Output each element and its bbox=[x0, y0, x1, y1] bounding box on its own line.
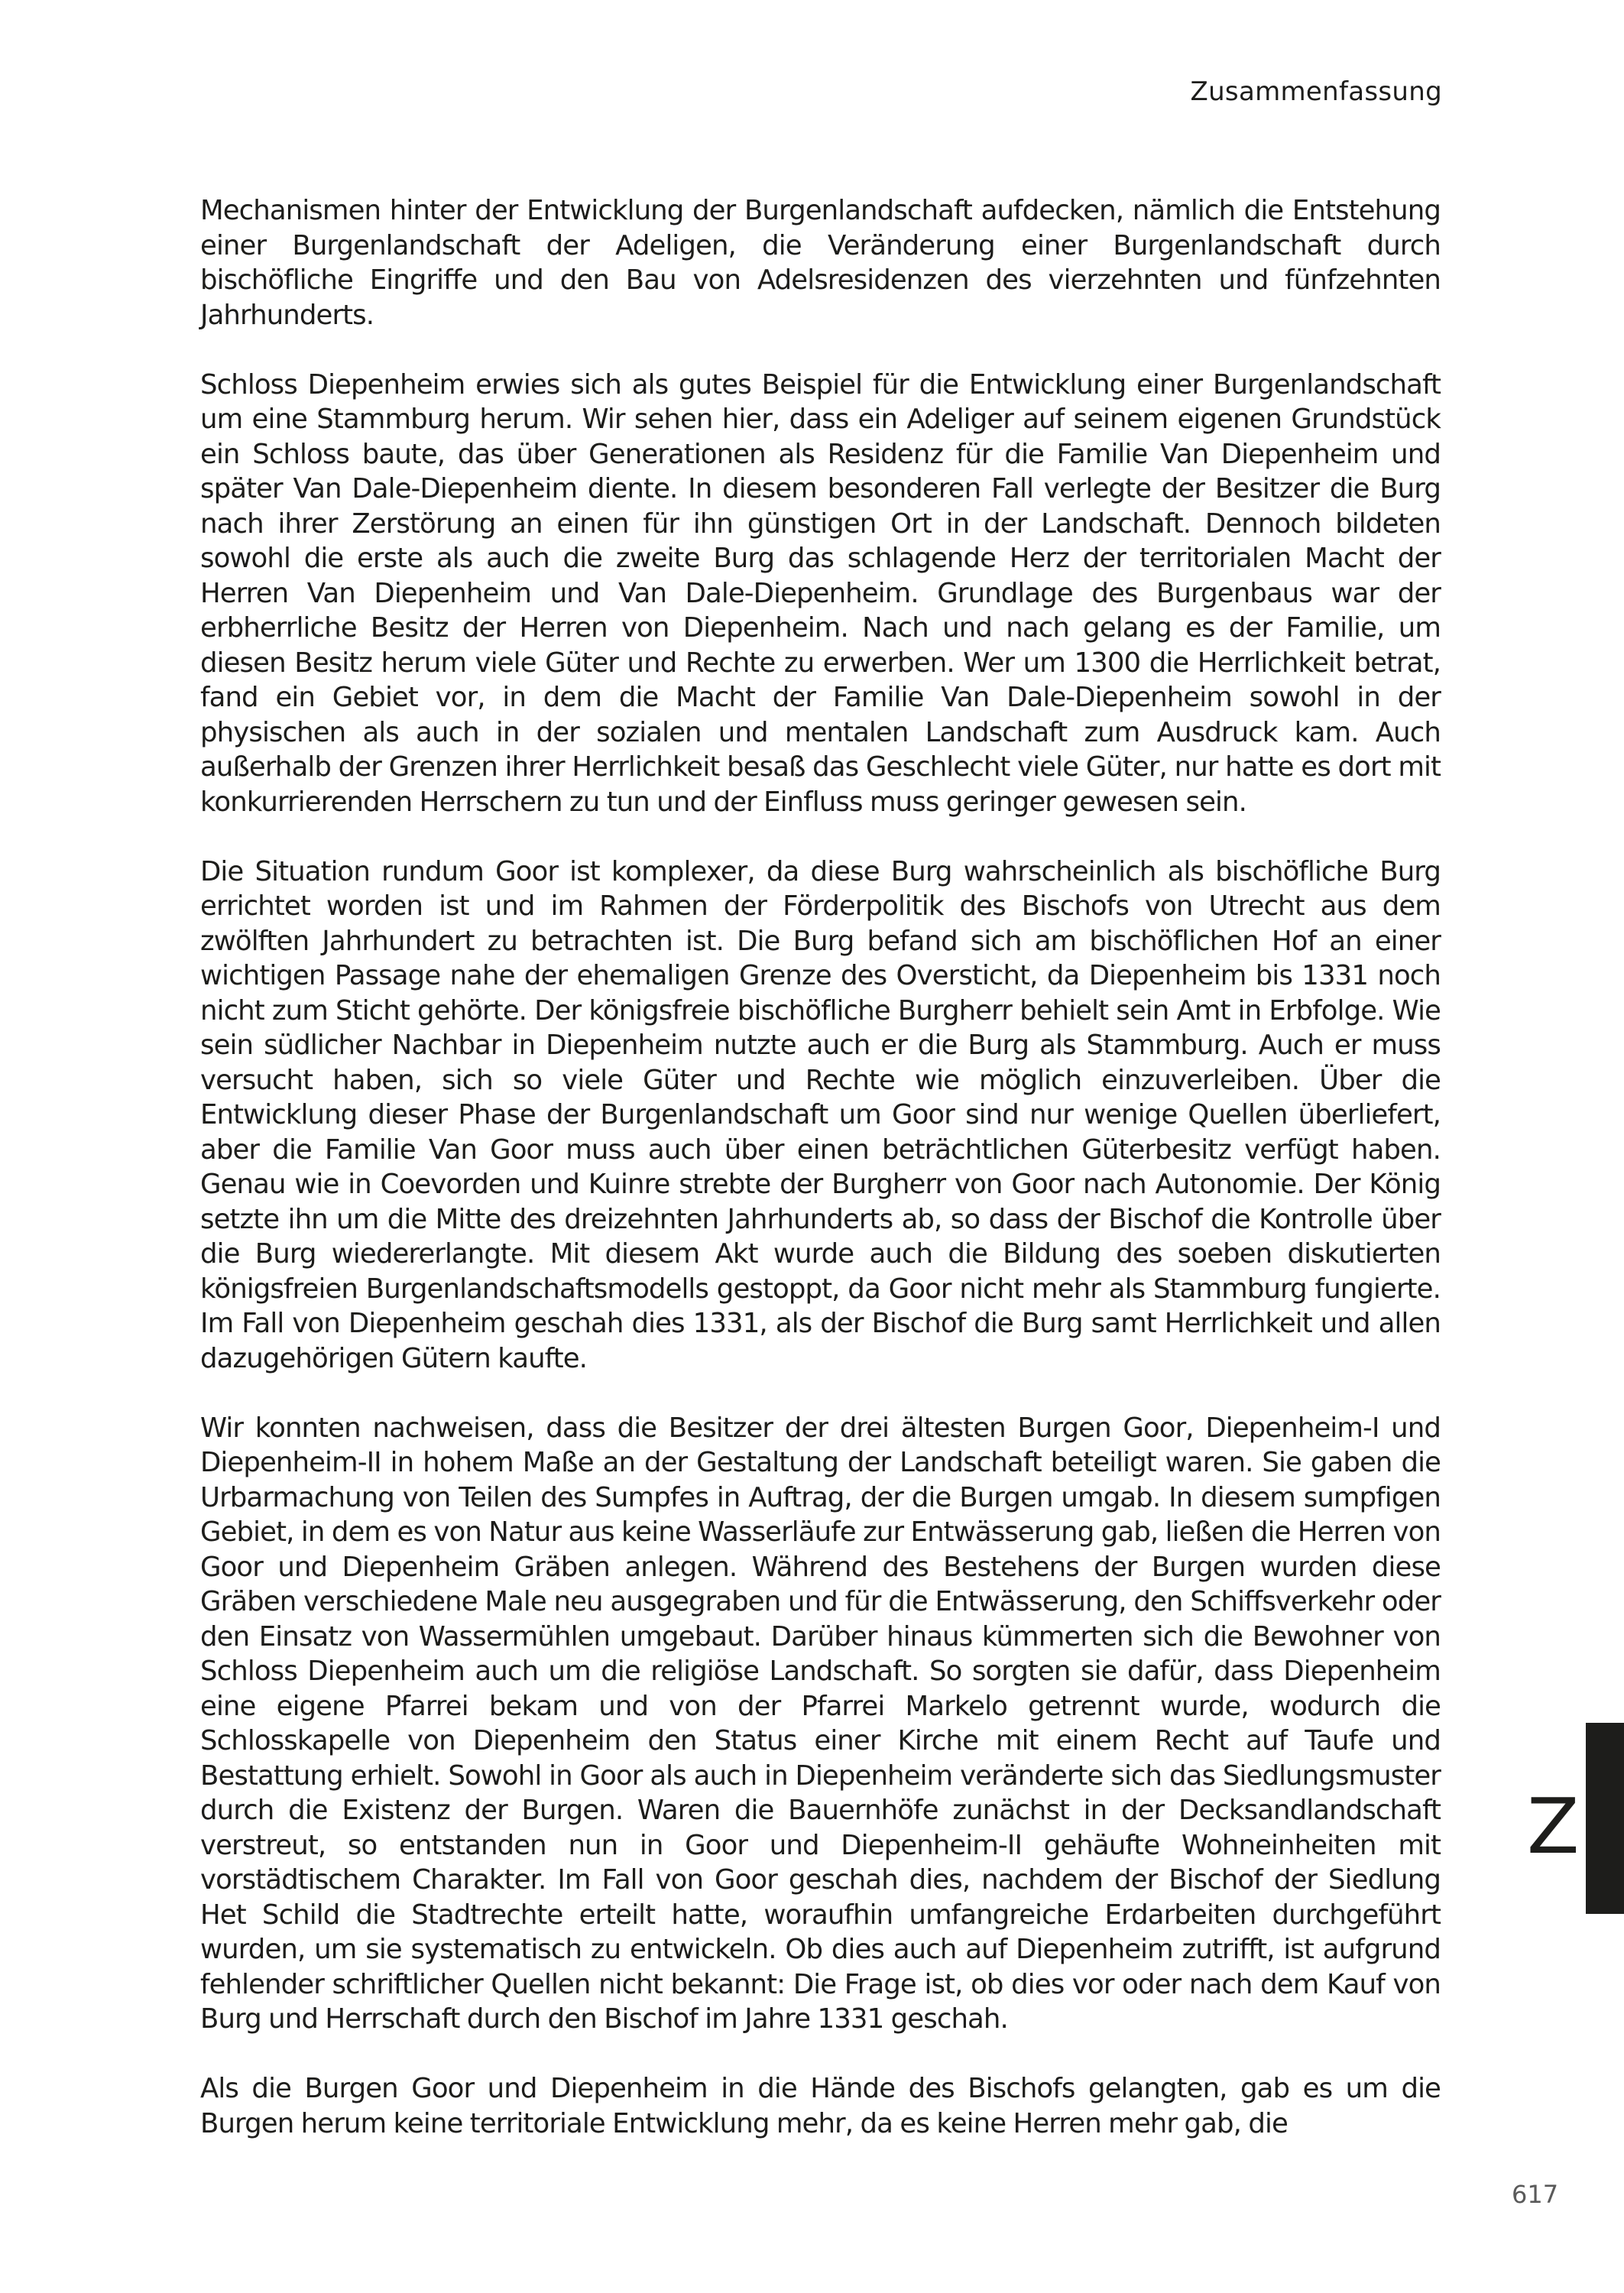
running-header-title: Zusammenfassung bbox=[1190, 76, 1442, 107]
paragraph-1: Mechanismen hinter der Entwicklung der B… bbox=[200, 193, 1441, 332]
paragraph-2: Schloss Diepenheim erwies sich als gutes… bbox=[200, 368, 1441, 820]
paragraph-3: Die Situation rundum Goor ist komplexer,… bbox=[200, 855, 1441, 1377]
body-text: Mechanismen hinter der Entwicklung der B… bbox=[200, 193, 1441, 2176]
chapter-thumb-tab bbox=[1586, 1723, 1624, 1914]
page-number: 617 bbox=[1512, 2180, 1558, 2209]
chapter-tab-letter: Z bbox=[1527, 1789, 1580, 1865]
paragraph-4: Wir konnten nachweisen, dass die Besitze… bbox=[200, 1411, 1441, 2037]
paragraph-5: Als die Burgen Goor und Diepenheim in di… bbox=[200, 2071, 1441, 2141]
